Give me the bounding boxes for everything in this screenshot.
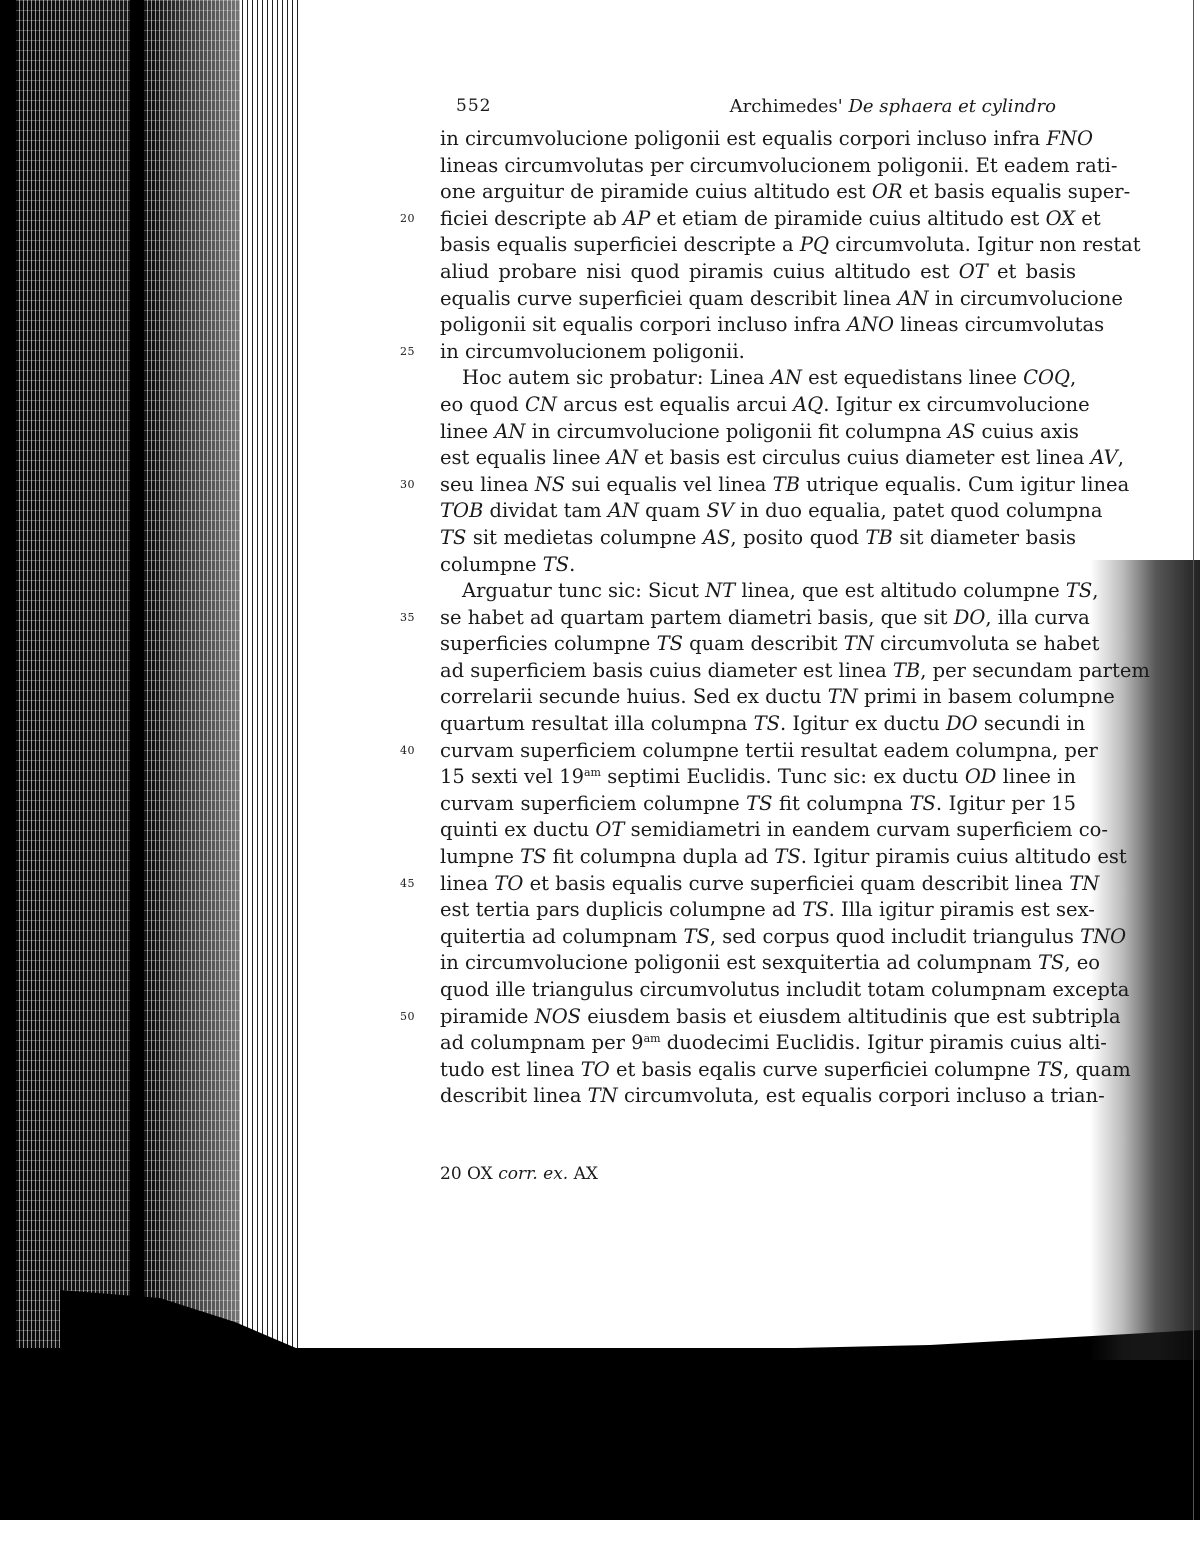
geometric-label: AN — [898, 287, 929, 310]
geometric-label: TN — [1069, 872, 1099, 895]
geometric-label: TS — [683, 925, 709, 948]
footnote-reading: OX — [467, 1164, 493, 1184]
text-line: 45linea TO et basis equalis curve superf… — [440, 871, 1076, 898]
geometric-label: TS — [754, 712, 780, 735]
line-number: 35 — [400, 605, 415, 632]
text-line: linee AN in circumvolucione poligonii fi… — [440, 419, 1076, 446]
geometric-label: TS — [802, 898, 828, 921]
text-line: quartum resultat illa columpna TS. Igitu… — [440, 711, 1076, 738]
geometric-label: NS — [535, 473, 565, 496]
geometric-label: TS — [657, 632, 683, 655]
running-title: Archimedes' De sphaera et cylindro — [730, 96, 1056, 117]
text-line: 20ficiei descripte ab AP et etiam de pir… — [440, 206, 1076, 233]
book-page: 552 Archimedes' De sphaera et cylindro i… — [440, 96, 1120, 1110]
text-line: lineas circumvolutas per circumvolucione… — [440, 153, 1076, 180]
geometric-label: PQ — [800, 233, 829, 256]
body-text: in circumvolucione poligonii est equalis… — [440, 126, 1076, 1110]
geometric-label: ANO — [847, 313, 894, 336]
text-line: 40curvam superficiem columpne tertii res… — [440, 738, 1076, 765]
geometric-label: TO — [494, 872, 523, 895]
geometric-label: FNO — [1046, 127, 1093, 150]
geometric-label: TS — [774, 845, 800, 868]
text-line: 35se habet ad quartam partem diametri ba… — [440, 605, 1076, 632]
text-line: 25in circumvolucionem poligonii. — [440, 339, 1076, 366]
text-line: ad columpnam per 9am duodecimi Euclidis.… — [440, 1030, 1076, 1057]
text-line: 15 sexti vel 19am septimi Euclidis. Tunc… — [440, 764, 1076, 791]
geometric-label: TS — [1066, 579, 1092, 602]
running-head: 552 Archimedes' De sphaera et cylindro — [440, 96, 1120, 126]
ordinal-superscript: am — [644, 1032, 661, 1045]
page-stack-edge — [240, 0, 302, 1480]
geometric-label: NT — [705, 579, 735, 602]
scanned-page: 552 Archimedes' De sphaera et cylindro i… — [0, 0, 1200, 1552]
geometric-label: CN — [525, 393, 557, 416]
line-number: 20 — [400, 206, 415, 233]
geometric-label: DO — [946, 712, 978, 735]
text-line: quitertia ad columpnam TS, sed corpus qu… — [440, 924, 1076, 951]
running-title-work: De sphaera et cylindro — [848, 96, 1056, 117]
geometric-label: OR — [872, 180, 903, 203]
text-line: est equalis linee AN et basis est circul… — [440, 445, 1076, 472]
text-line: curvam superficiem columpne TS fit colum… — [440, 791, 1076, 818]
geometric-label: AN — [608, 499, 639, 522]
geometric-label: AS — [703, 526, 730, 549]
text-line: quinti ex ductu OT semidiametri in eande… — [440, 817, 1076, 844]
text-line: lumpne TS fit columpna dupla ad TS. Igit… — [440, 844, 1076, 871]
geometric-label: COQ — [1023, 366, 1070, 389]
text-line: equalis curve superficiei quam describit… — [440, 286, 1076, 313]
line-number: 50 — [400, 1004, 415, 1031]
text-line: Arguatur tunc sic: Sicut NT linea, que e… — [440, 578, 1076, 605]
text-line: eo quod CN arcus est equalis arcui AQ. I… — [440, 392, 1076, 419]
text-line: correlarii secunde huius. Sed ex ductu T… — [440, 684, 1076, 711]
text-line: TOB dividat tam AN quam SV in duo equali… — [440, 498, 1076, 525]
line-number: 25 — [400, 339, 415, 366]
footnote-correction-label: corr. ex. — [498, 1164, 568, 1184]
text-line: describit linea TN circumvoluta, est equ… — [440, 1083, 1076, 1110]
geometric-label: OX — [1046, 207, 1076, 230]
line-number: 45 — [400, 871, 415, 898]
text-line: aliud probare nisi quod piramis cuius al… — [440, 259, 1076, 286]
geometric-label: TS — [746, 792, 772, 815]
geometric-label: NOS — [535, 1005, 581, 1028]
line-number: 40 — [400, 738, 415, 765]
geometric-label: OD — [965, 765, 997, 788]
scan-margin-bottom — [0, 1520, 1200, 1552]
text-line: in circumvolucione poligonii est equalis… — [440, 126, 1076, 153]
geometric-label: TS — [520, 845, 546, 868]
geometric-label: AQ — [793, 393, 823, 416]
ordinal-superscript: am — [584, 766, 601, 779]
critical-apparatus-note: 20 OX corr. ex. AX — [440, 1164, 598, 1184]
footnote-original: AX — [574, 1164, 598, 1184]
geometric-label: TS — [543, 553, 569, 576]
text-line: 30seu linea NS sui equalis vel linea TB … — [440, 472, 1076, 499]
geometric-label: AP — [623, 207, 650, 230]
text-line: ad superficiem basis cuius diameter est … — [440, 658, 1076, 685]
geometric-label: TB — [893, 659, 920, 682]
geometric-label: TS — [1038, 951, 1064, 974]
geometric-label: DO — [954, 606, 986, 629]
geometric-label: TO — [581, 1058, 610, 1081]
text-line: TS sit medietas columpne AS, posito quod… — [440, 525, 1076, 552]
geometric-label: AN — [494, 420, 525, 443]
right-scan-border — [1193, 0, 1194, 1520]
text-line: est tertia pars duplicis columpne ad TS.… — [440, 897, 1076, 924]
text-line: in circumvolucione poligonii est sexquit… — [440, 950, 1076, 977]
geometric-label: TB — [866, 526, 893, 549]
geometric-label: AS — [948, 420, 975, 443]
text-line: superficies columpne TS quam describit T… — [440, 631, 1076, 658]
geometric-label: TS — [1037, 1058, 1063, 1081]
geometric-label: OT — [959, 260, 988, 283]
geometric-label: TS — [440, 526, 466, 549]
text-line: Hoc autem sic probatur: Linea AN est equ… — [440, 365, 1076, 392]
text-line: columpne TS. — [440, 552, 1076, 579]
line-number: 30 — [400, 472, 415, 499]
geometric-label: TN — [828, 685, 858, 708]
gutter-shadow-bar — [130, 0, 144, 1500]
geometric-label: TNO — [1080, 925, 1126, 948]
text-line: 50piramide NOS eiusdem basis et eiusdem … — [440, 1004, 1076, 1031]
scanner-bed-shadow — [0, 1348, 1200, 1520]
geometric-label: AV — [1091, 446, 1118, 469]
page-number: 552 — [456, 96, 491, 116]
geometric-label: TN — [844, 632, 874, 655]
geometric-label: TOB — [440, 499, 483, 522]
geometric-label: AN — [771, 366, 802, 389]
geometric-label: TB — [773, 473, 800, 496]
footnote-line-ref: 20 — [440, 1164, 462, 1184]
geometric-label: OT — [595, 818, 624, 841]
text-line: basis equalis superficiei descripte a PQ… — [440, 232, 1076, 259]
text-line: tudo est linea TO et basis eqalis curve … — [440, 1057, 1076, 1084]
text-line: quod ille triangulus circumvolutus inclu… — [440, 977, 1076, 1004]
geometric-label: TS — [910, 792, 936, 815]
text-line: one arguitur de piramide cuius altitudo … — [440, 179, 1076, 206]
geometric-label: TN — [588, 1084, 618, 1107]
running-title-author: Archimedes' — [730, 96, 843, 117]
text-line: poligonii sit equalis corpori incluso in… — [440, 312, 1076, 339]
geometric-label: SV — [707, 499, 734, 522]
geometric-label: AN — [607, 446, 638, 469]
